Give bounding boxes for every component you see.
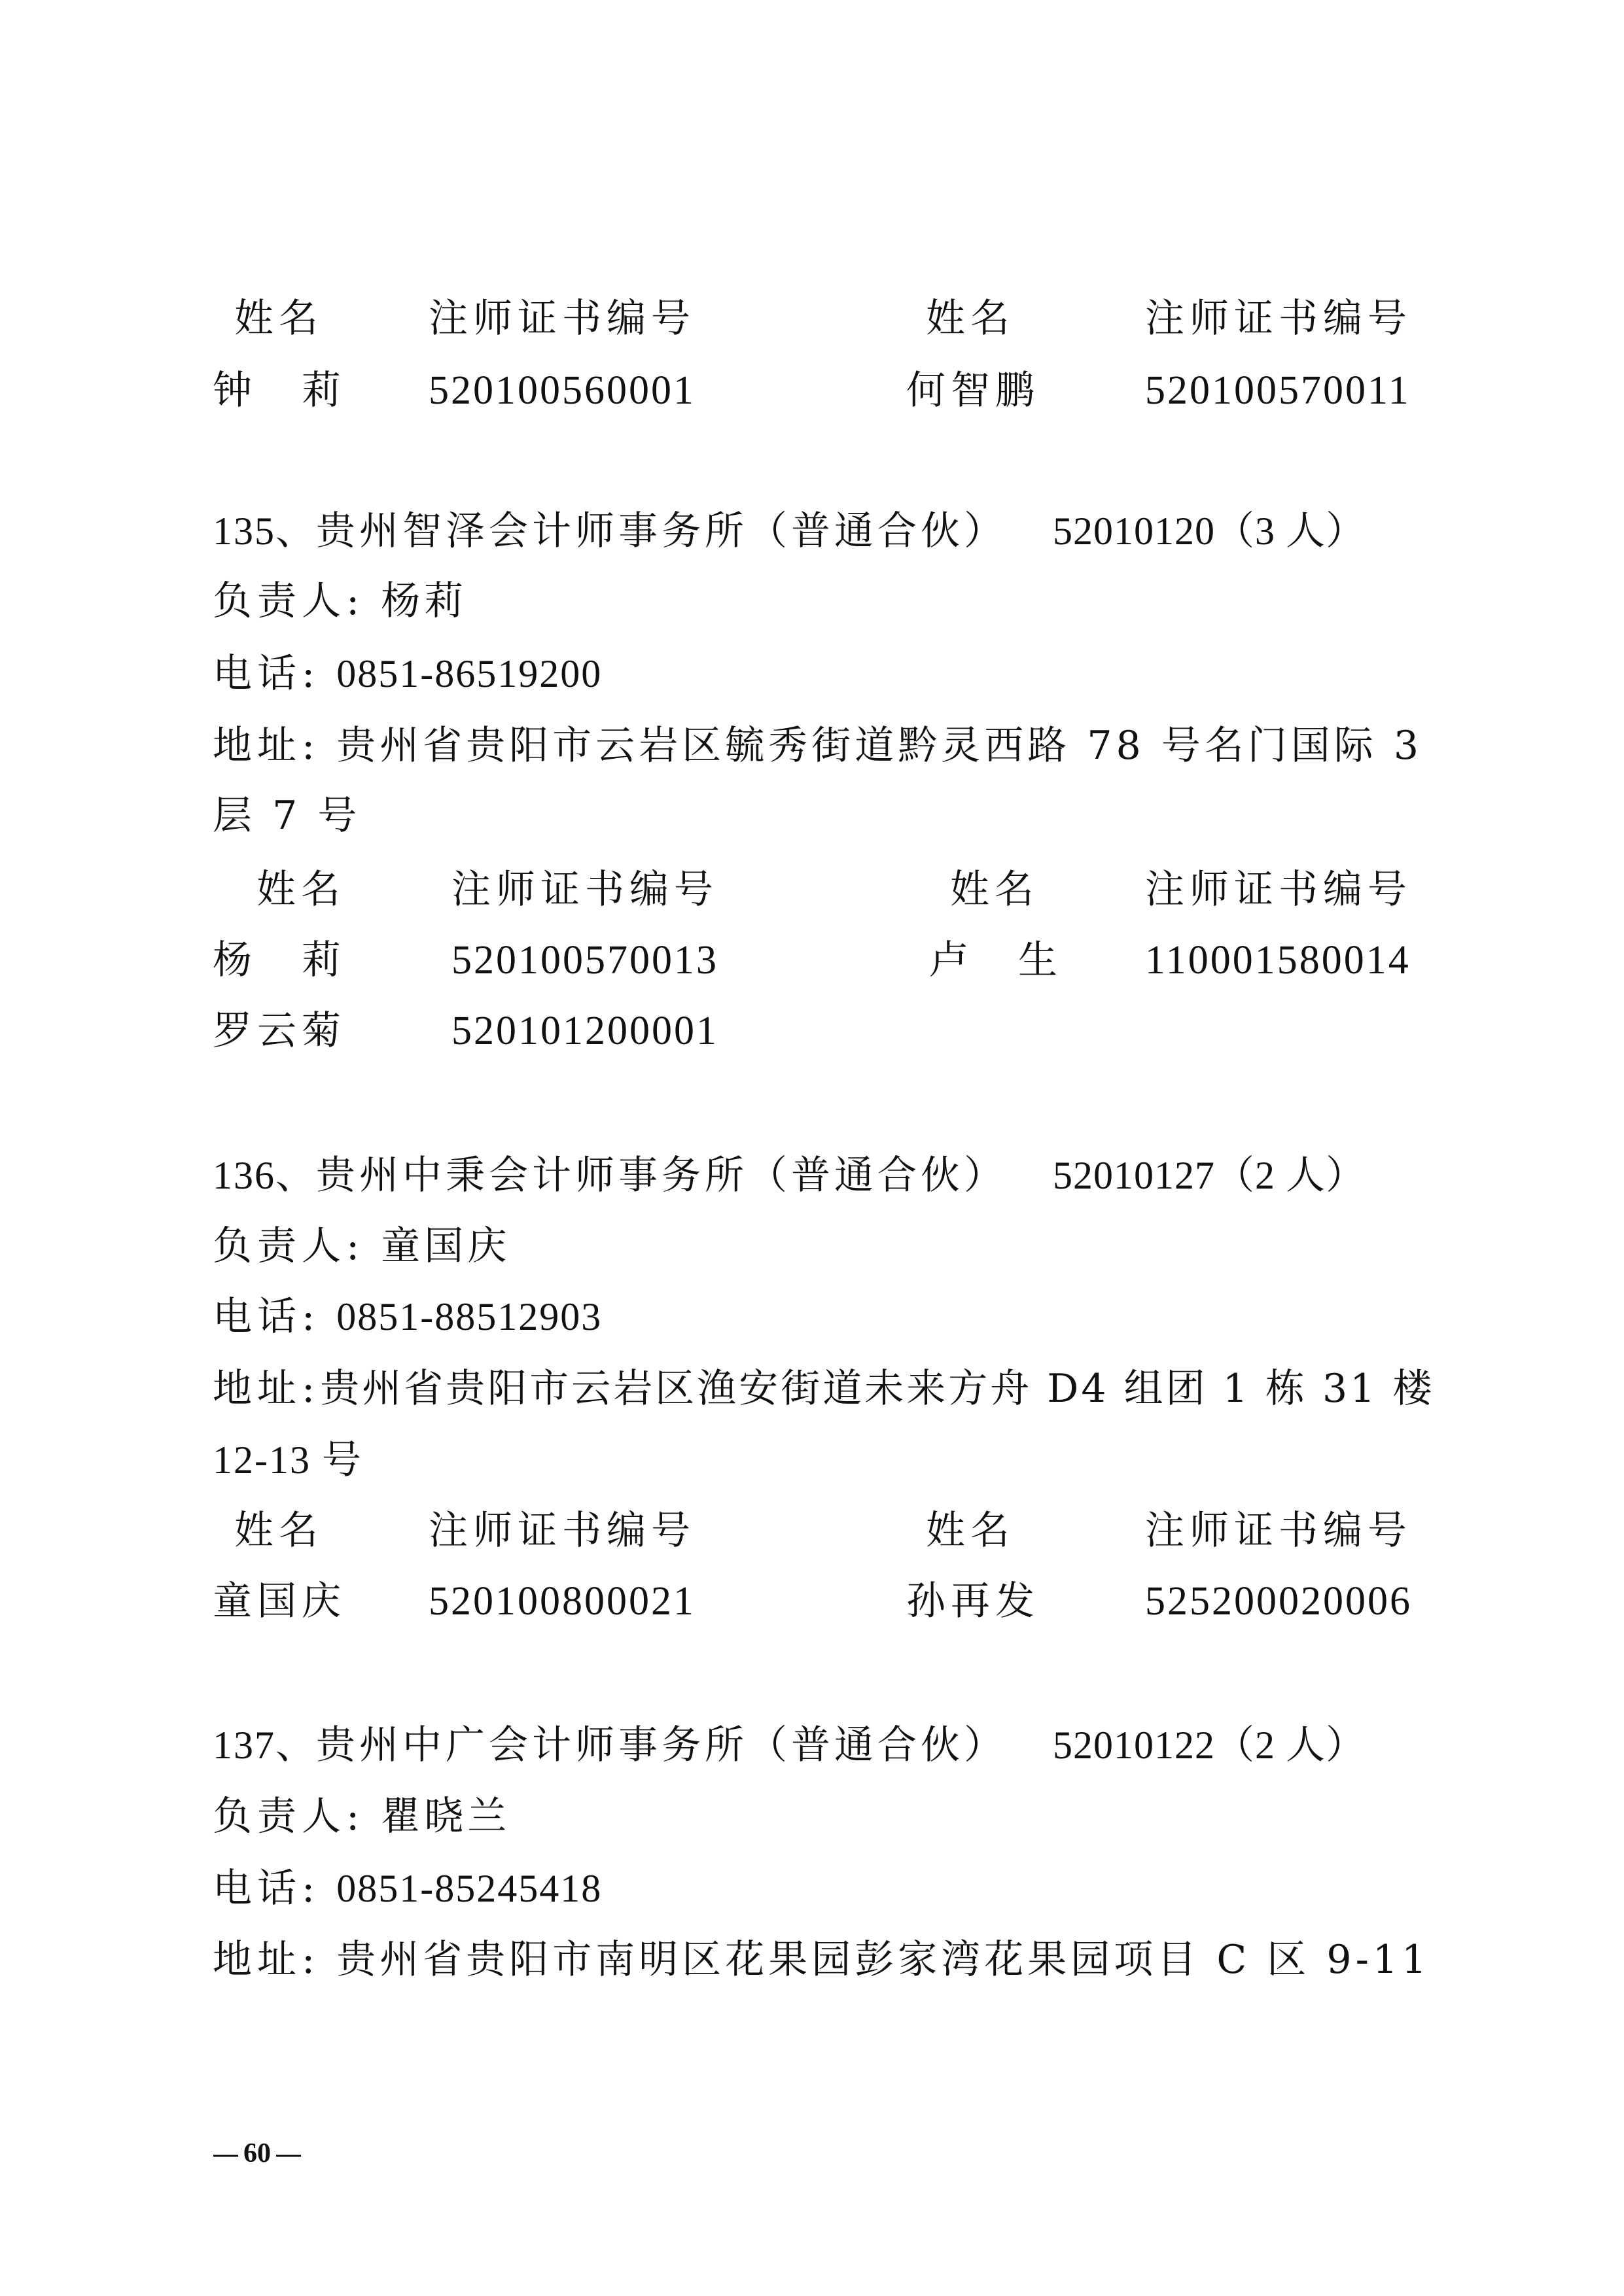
firm-code: 52010120（3 人） [1053, 510, 1366, 553]
table-header-name: 姓名 [234, 1508, 323, 1554]
firm-code: 52010122（2 人） [1053, 1724, 1366, 1767]
firm-title: 136、贵州中秉会计师事务所（普通合伙）52010127（2 人） [213, 1153, 1366, 1198]
principal-label: 负责人: [213, 1794, 364, 1839]
firm-code: 52010127（2 人） [1053, 1154, 1366, 1197]
address-label: 地址: [213, 1937, 320, 1983]
table-header-cert-no: 注师证书编号 [1145, 1508, 1412, 1554]
phone-number: 0851-85245418 [336, 1867, 602, 1910]
firm-index: 136、 [213, 1154, 316, 1197]
principal-label: 负责人: [213, 578, 364, 624]
table-header-name: 姓名 [926, 1508, 1015, 1554]
member-cert-no: 525200020006 [1145, 1578, 1412, 1624]
dash-left [213, 2155, 238, 2157]
firm-principal: 负责人: 瞿晓兰 [213, 1794, 510, 1839]
dash-right [276, 2155, 301, 2157]
page-number: 60 [208, 2134, 306, 2173]
firm-index: 137、 [213, 1724, 316, 1767]
member-name: 卢 生 [929, 937, 1063, 983]
principal-name: 杨莉 [381, 578, 467, 624]
table-header-cert-no: 注师证书编号 [429, 1508, 696, 1554]
member-name: 杨 莉 [213, 937, 346, 983]
phone-label: 电话: [213, 1294, 320, 1340]
firm-name: 贵州中秉会计师事务所（普通合伙） [316, 1153, 1007, 1198]
principal-name: 童国庆 [381, 1223, 510, 1269]
address-line-1: 贵州省贵阳市南明区花果园彭家湾花果园项目 C 区 9-11 [336, 1937, 1430, 1983]
member-name: 罗云菊 [213, 1008, 346, 1054]
principal-label: 负责人: [213, 1223, 364, 1269]
firm-name: 贵州中广会计师事务所（普通合伙） [316, 1722, 1007, 1768]
firm-title: 135、贵州智泽会计师事务所（普通合伙）52010120（3 人） [213, 508, 1366, 554]
firm-principal: 负责人: 童国庆 [213, 1223, 510, 1269]
table-header-cert-no: 注师证书编号 [1145, 867, 1412, 913]
member-name: 童国庆 [213, 1578, 346, 1624]
phone-label: 电话: [213, 651, 320, 697]
firm-address: 地址: 贵州省贵阳市云岩区毓秀街道黔灵西路 78 号名门国际 3 [213, 723, 1422, 769]
member-name: 何智鹏 [906, 368, 1040, 413]
address-line-1: 贵州省贵阳市云岩区渔安街道未来方舟 D4 组团 1 栋 31 楼 [320, 1366, 1434, 1412]
address-label: 地址: [213, 723, 320, 769]
phone-label: 电话: [213, 1866, 320, 1911]
firm-index: 135、 [213, 510, 316, 553]
member-cert-no: 110001580014 [1145, 937, 1411, 983]
address-line-2: 12-13 号 [213, 1437, 362, 1483]
member-name: 孙再发 [906, 1578, 1040, 1624]
firm-address: 地址: 贵州省贵阳市南明区花果园彭家湾花果园项目 C 区 9-11 [213, 1937, 1430, 1983]
page-number-value: 60 [243, 2138, 271, 2168]
principal-name: 瞿晓兰 [381, 1794, 510, 1839]
table-header-name: 姓名 [256, 867, 345, 913]
address-line-1: 贵州省贵阳市云岩区毓秀街道黔灵西路 78 号名门国际 3 [336, 723, 1422, 769]
address-line-2: 层 7 号 [213, 793, 361, 839]
member-cert-no: 520100570011 [1145, 368, 1411, 413]
table-header-name: 姓名 [234, 296, 323, 341]
table-header-name: 姓名 [926, 296, 1015, 341]
phone-number: 0851-88512903 [336, 1295, 602, 1338]
table-header-cert-no: 注师证书编号 [451, 867, 718, 913]
firm-phone: 电话: 0851-88512903 [213, 1294, 602, 1340]
firm-address: 地址:贵州省贵阳市云岩区渔安街道未来方舟 D4 组团 1 栋 31 楼 [213, 1366, 1434, 1412]
address-label: 地址: [213, 1366, 320, 1412]
member-name: 钟 莉 [213, 368, 346, 413]
table-header-name: 姓名 [950, 867, 1039, 913]
phone-number: 0851-86519200 [336, 652, 602, 695]
member-cert-no: 520100800021 [429, 1578, 696, 1624]
table-header-cert-no: 注师证书编号 [1145, 296, 1412, 341]
firm-phone: 电话: 0851-85245418 [213, 1866, 602, 1911]
firm-phone: 电话: 0851-86519200 [213, 651, 602, 697]
firm-name: 贵州智泽会计师事务所（普通合伙） [316, 508, 1007, 554]
member-cert-no: 520100570013 [451, 937, 718, 983]
member-cert-no: 520100560001 [429, 368, 696, 413]
document-page: 姓名 注师证书编号 姓名 注师证书编号 钟 莉 520100560001 何智鹏… [0, 0, 1624, 2296]
table-header-cert-no: 注师证书编号 [429, 296, 696, 341]
member-cert-no: 520101200001 [451, 1008, 718, 1054]
firm-principal: 负责人: 杨莉 [213, 578, 467, 624]
firm-title: 137、贵州中广会计师事务所（普通合伙）52010122（2 人） [213, 1722, 1366, 1768]
